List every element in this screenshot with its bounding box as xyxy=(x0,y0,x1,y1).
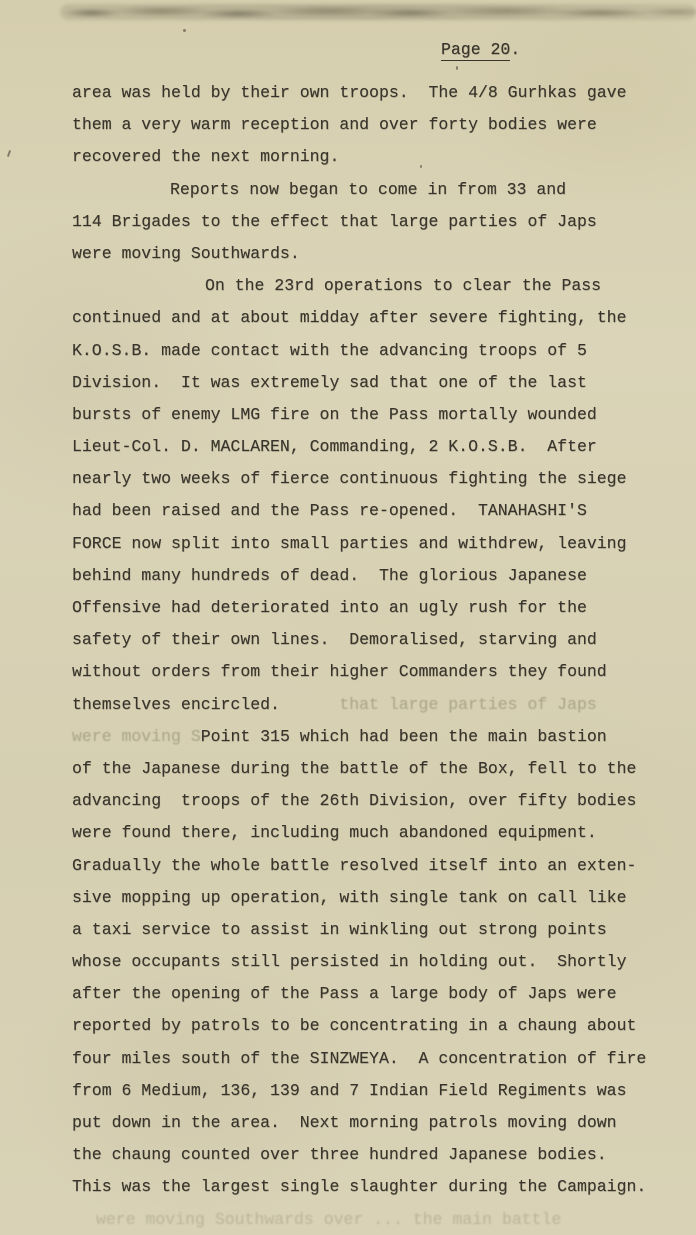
line-text: reported by patrols to be concentrating … xyxy=(72,1016,636,1035)
text-line: Division. It was extremely sad that one … xyxy=(72,367,672,399)
line-text: safety of their own lines. Demoralised, … xyxy=(72,630,597,649)
text-line: behind many hundreds of dead. The glorio… xyxy=(72,560,672,592)
document-lines: area was held by their own troops. The 4… xyxy=(72,77,672,1235)
line-text: Division. It was extremely sad that one … xyxy=(72,373,587,392)
line-text: advancing troops of the 26th Division, o… xyxy=(72,791,636,810)
ghost-bleedthrough-text: were moving S xyxy=(72,727,201,746)
line-text: of the Japanese during the battle of the… xyxy=(72,759,636,778)
text-line: sive mopping up operation, with single t… xyxy=(72,882,672,914)
text-line: had been raised and the Pass re-opened. … xyxy=(72,495,672,527)
text-line: the chaung counted over three hundred Ja… xyxy=(72,1139,672,1171)
ink-speck xyxy=(456,66,458,70)
text-line: This was the largest single slaughter du… xyxy=(72,1171,672,1203)
line-text: four miles south of the SINZWEYA. A conc… xyxy=(72,1049,646,1068)
page-number-period: . xyxy=(510,40,520,59)
top-edge-smudge-stain xyxy=(60,4,696,20)
text-line: whose occupants still persisted in holdi… xyxy=(72,946,672,978)
text-line: safety of their own lines. Demoralised, … xyxy=(72,624,672,656)
line-text: the chaung counted over three hundred Ja… xyxy=(72,1145,607,1164)
line-text: from 6 Medium, 136, 139 and 7 Indian Fie… xyxy=(72,1081,627,1100)
text-line: were moving Southwards. xyxy=(72,238,672,270)
text-line: four miles south of the SINZWEYA. A conc… xyxy=(72,1043,672,1075)
ink-speck xyxy=(183,29,186,32)
text-line: them a very warm reception and over fort… xyxy=(72,109,672,141)
line-text: Offensive had deteriorated into an ugly … xyxy=(72,598,587,617)
line-text: Gradually the whole battle resolved itse… xyxy=(72,856,636,875)
text-line: after the opening of the Pass a large bo… xyxy=(72,978,672,1010)
text-line: without orders from their higher Command… xyxy=(72,656,672,688)
text-line: advancing troops of the 26th Division, o… xyxy=(72,785,672,817)
line-text: after the opening of the Pass a large bo… xyxy=(72,984,617,1003)
text-line: K.O.S.B. made contact with the advancing… xyxy=(72,335,672,367)
text-line: On the 23rd operations to clear the Pass xyxy=(72,270,672,302)
line-text: recovered the next morning. xyxy=(72,147,339,166)
line-text: without orders from their higher Command… xyxy=(72,662,607,681)
text-line: area was held by their own troops. The 4… xyxy=(72,77,672,109)
line-text: continued and at about midday after seve… xyxy=(72,308,627,327)
text-line: reported by patrols to be concentrating … xyxy=(72,1010,672,1042)
line-text: Lieut-Col. D. MACLAREN, Commanding, 2 K.… xyxy=(72,437,597,456)
line-text: behind many hundreds of dead. The glorio… xyxy=(72,566,587,585)
line-text: Point 315 which had been the main bastio… xyxy=(201,727,607,746)
line-text: On the 23rd operations to clear the Pass xyxy=(205,276,601,295)
text-line: put down in the area. Next morning patro… xyxy=(72,1107,672,1139)
page-number: Page 20 xyxy=(441,40,510,61)
text-line: Gradually the whole battle resolved itse… xyxy=(72,850,672,882)
line-text: themselves encircled. xyxy=(72,695,280,714)
text-line: Lieut-Col. D. MACLAREN, Commanding, 2 K.… xyxy=(72,431,672,463)
text-line: continued and at about midday after seve… xyxy=(72,302,672,334)
ghost-bleedthrough-text: that large parties of Japs xyxy=(280,695,597,714)
text-line: were found there, including much abandon… xyxy=(72,817,672,849)
text-line: 114 Brigades to the effect that large pa… xyxy=(72,206,672,238)
line-text: Reports now began to come in from 33 and xyxy=(170,180,566,199)
text-line: a taxi service to assist in winkling out… xyxy=(72,914,672,946)
line-text: FORCE now split into small parties and w… xyxy=(72,534,627,553)
line-text: sive mopping up operation, with single t… xyxy=(72,888,627,907)
line-text: had been raised and the Pass re-opened. … xyxy=(72,501,587,520)
text-line: nearly two weeks of fierce continuous fi… xyxy=(72,463,672,495)
text-line: from 6 Medium, 136, 139 and 7 Indian Fie… xyxy=(72,1075,672,1107)
text-line: were moving SPoint 315 which had been th… xyxy=(72,721,672,753)
text-line: FORCE now split into small parties and w… xyxy=(72,528,672,560)
text-line: were moving Southwards over ... the main… xyxy=(72,1204,672,1235)
line-text: bursts of enemy LMG fire on the Pass mor… xyxy=(72,405,597,424)
text-line: themselves encircled. that large parties… xyxy=(72,689,672,721)
line-text: were moving Southwards. xyxy=(72,244,300,263)
line-text: This was the largest single slaughter du… xyxy=(72,1177,646,1196)
line-text: nearly two weeks of fierce continuous fi… xyxy=(72,469,627,488)
line-text: 114 Brigades to the effect that large pa… xyxy=(72,212,597,231)
line-text: them a very warm reception and over fort… xyxy=(72,115,597,134)
ghost-bleedthrough-text: were moving Southwards over ... the main… xyxy=(96,1210,561,1229)
line-text: were found there, including much abandon… xyxy=(72,823,597,842)
line-text: a taxi service to assist in winkling out… xyxy=(72,920,607,939)
text-line: Offensive had deteriorated into an ugly … xyxy=(72,592,672,624)
text-line: of the Japanese during the battle of the… xyxy=(72,753,672,785)
line-text: whose occupants still persisted in holdi… xyxy=(72,952,627,971)
line-text: put down in the area. Next morning patro… xyxy=(72,1113,617,1132)
text-line: Reports now began to come in from 33 and xyxy=(72,174,672,206)
line-text: K.O.S.B. made contact with the advancing… xyxy=(72,341,587,360)
text-line: recovered the next morning. xyxy=(72,141,672,173)
page-header: Page 20. xyxy=(441,40,520,61)
line-text: area was held by their own troops. The 4… xyxy=(72,83,627,102)
text-line: bursts of enemy LMG fire on the Pass mor… xyxy=(72,399,672,431)
